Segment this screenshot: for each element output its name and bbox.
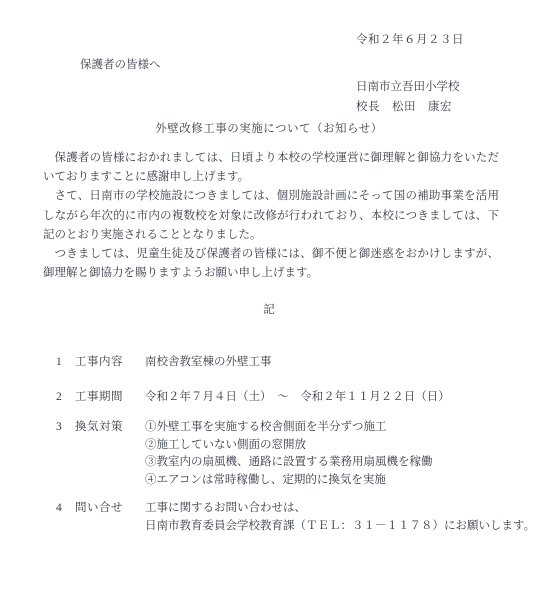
list-item-construction-content: 1 工事内容 南校舎教室棟の外壁工事 xyxy=(56,354,522,372)
item-number: 2 xyxy=(56,389,75,407)
document-date: 令和２年６月２３日 xyxy=(356,31,464,47)
sender-school-name: 日南市立吾田小学校 xyxy=(356,78,460,94)
document-title: 外壁改修工事の実施について（お知らせ） xyxy=(0,120,538,136)
item-content-line: 日南市教育委員会学校教育課（ＴＥＬ：３１－１１７８）にお願いします。 xyxy=(145,518,535,536)
item-content-line: ①外壁工事を実施する校舎側面を半分ずつ施工 xyxy=(145,419,522,437)
item-content: 令和２年７月４日（土） ～ 令和２年１１月２２日（日） xyxy=(145,389,522,407)
item-label: 工事期間 xyxy=(75,389,145,407)
paragraph-background: さて、日南市の学校施設につきましては、個別施設計画にそって国の補助事業を活用しな… xyxy=(43,187,499,245)
item-label: 問い合せ xyxy=(75,500,145,535)
list-item-construction-period: 2 工事期間 令和２年７月４日（土） ～ 令和２年１１月２２日（日） xyxy=(56,389,522,407)
paragraph-greeting: 保護者の皆様におかれましては、日頃より本校の学校運営に御理解と御協力をいただいて… xyxy=(43,149,499,187)
item-content-line: ④エアコンは常時稼働し、定期的に換気を実施 xyxy=(145,472,522,490)
item-number: 4 xyxy=(56,500,75,535)
list-item-ventilation-measures: 3 換気対策 ①外壁工事を実施する校舎側面を半分ずつ施工 ②施工していない側面の… xyxy=(56,419,522,489)
item-content-line: 南校舎教室棟の外壁工事 xyxy=(145,354,522,372)
item-content-line: ③教室内の扇風機、通路に設置する業務用扇風機を稼働 xyxy=(145,454,522,472)
item-number: 1 xyxy=(56,354,75,372)
notice-document-page: 令和２年６月２３日 保護者の皆様へ 日南市立吾田小学校 校長 松田 康宏 外壁改… xyxy=(0,0,538,595)
item-content-line: ②施工していない側面の窓開放 xyxy=(145,437,522,455)
item-content: 工事に関するお問い合わせは、 日南市教育委員会学校教育課（ＴＥＬ：３１－１１７８… xyxy=(145,500,535,535)
item-content-line: 工事に関するお問い合わせは、 xyxy=(145,500,535,518)
item-content-line: 令和２年７月４日（土） ～ 令和２年１１月２２日（日） xyxy=(145,389,522,407)
ki-marker: 記 xyxy=(0,301,538,317)
paragraph-request: つきましては、児童生徒及び保護者の皆様には、御不便と御迷惑をおかけしますが、御理… xyxy=(43,245,499,283)
item-number: 3 xyxy=(56,419,75,489)
list-item-contact: 4 問い合せ 工事に関するお問い合わせは、 日南市教育委員会学校教育課（ＴＥＬ：… xyxy=(56,500,522,535)
item-content: 南校舎教室棟の外壁工事 xyxy=(145,354,522,372)
item-label: 換気対策 xyxy=(75,419,145,489)
body-paragraphs: 保護者の皆様におかれましては、日頃より本校の学校運営に御理解と御協力をいただいて… xyxy=(43,149,499,283)
sender-principal-name: 校長 松田 康宏 xyxy=(356,98,452,114)
item-label: 工事内容 xyxy=(75,354,145,372)
item-content: ①外壁工事を実施する校舎側面を半分ずつ施工 ②施工していない側面の窓開放 ③教室… xyxy=(145,419,522,489)
recipient-line: 保護者の皆様へ xyxy=(80,56,161,72)
